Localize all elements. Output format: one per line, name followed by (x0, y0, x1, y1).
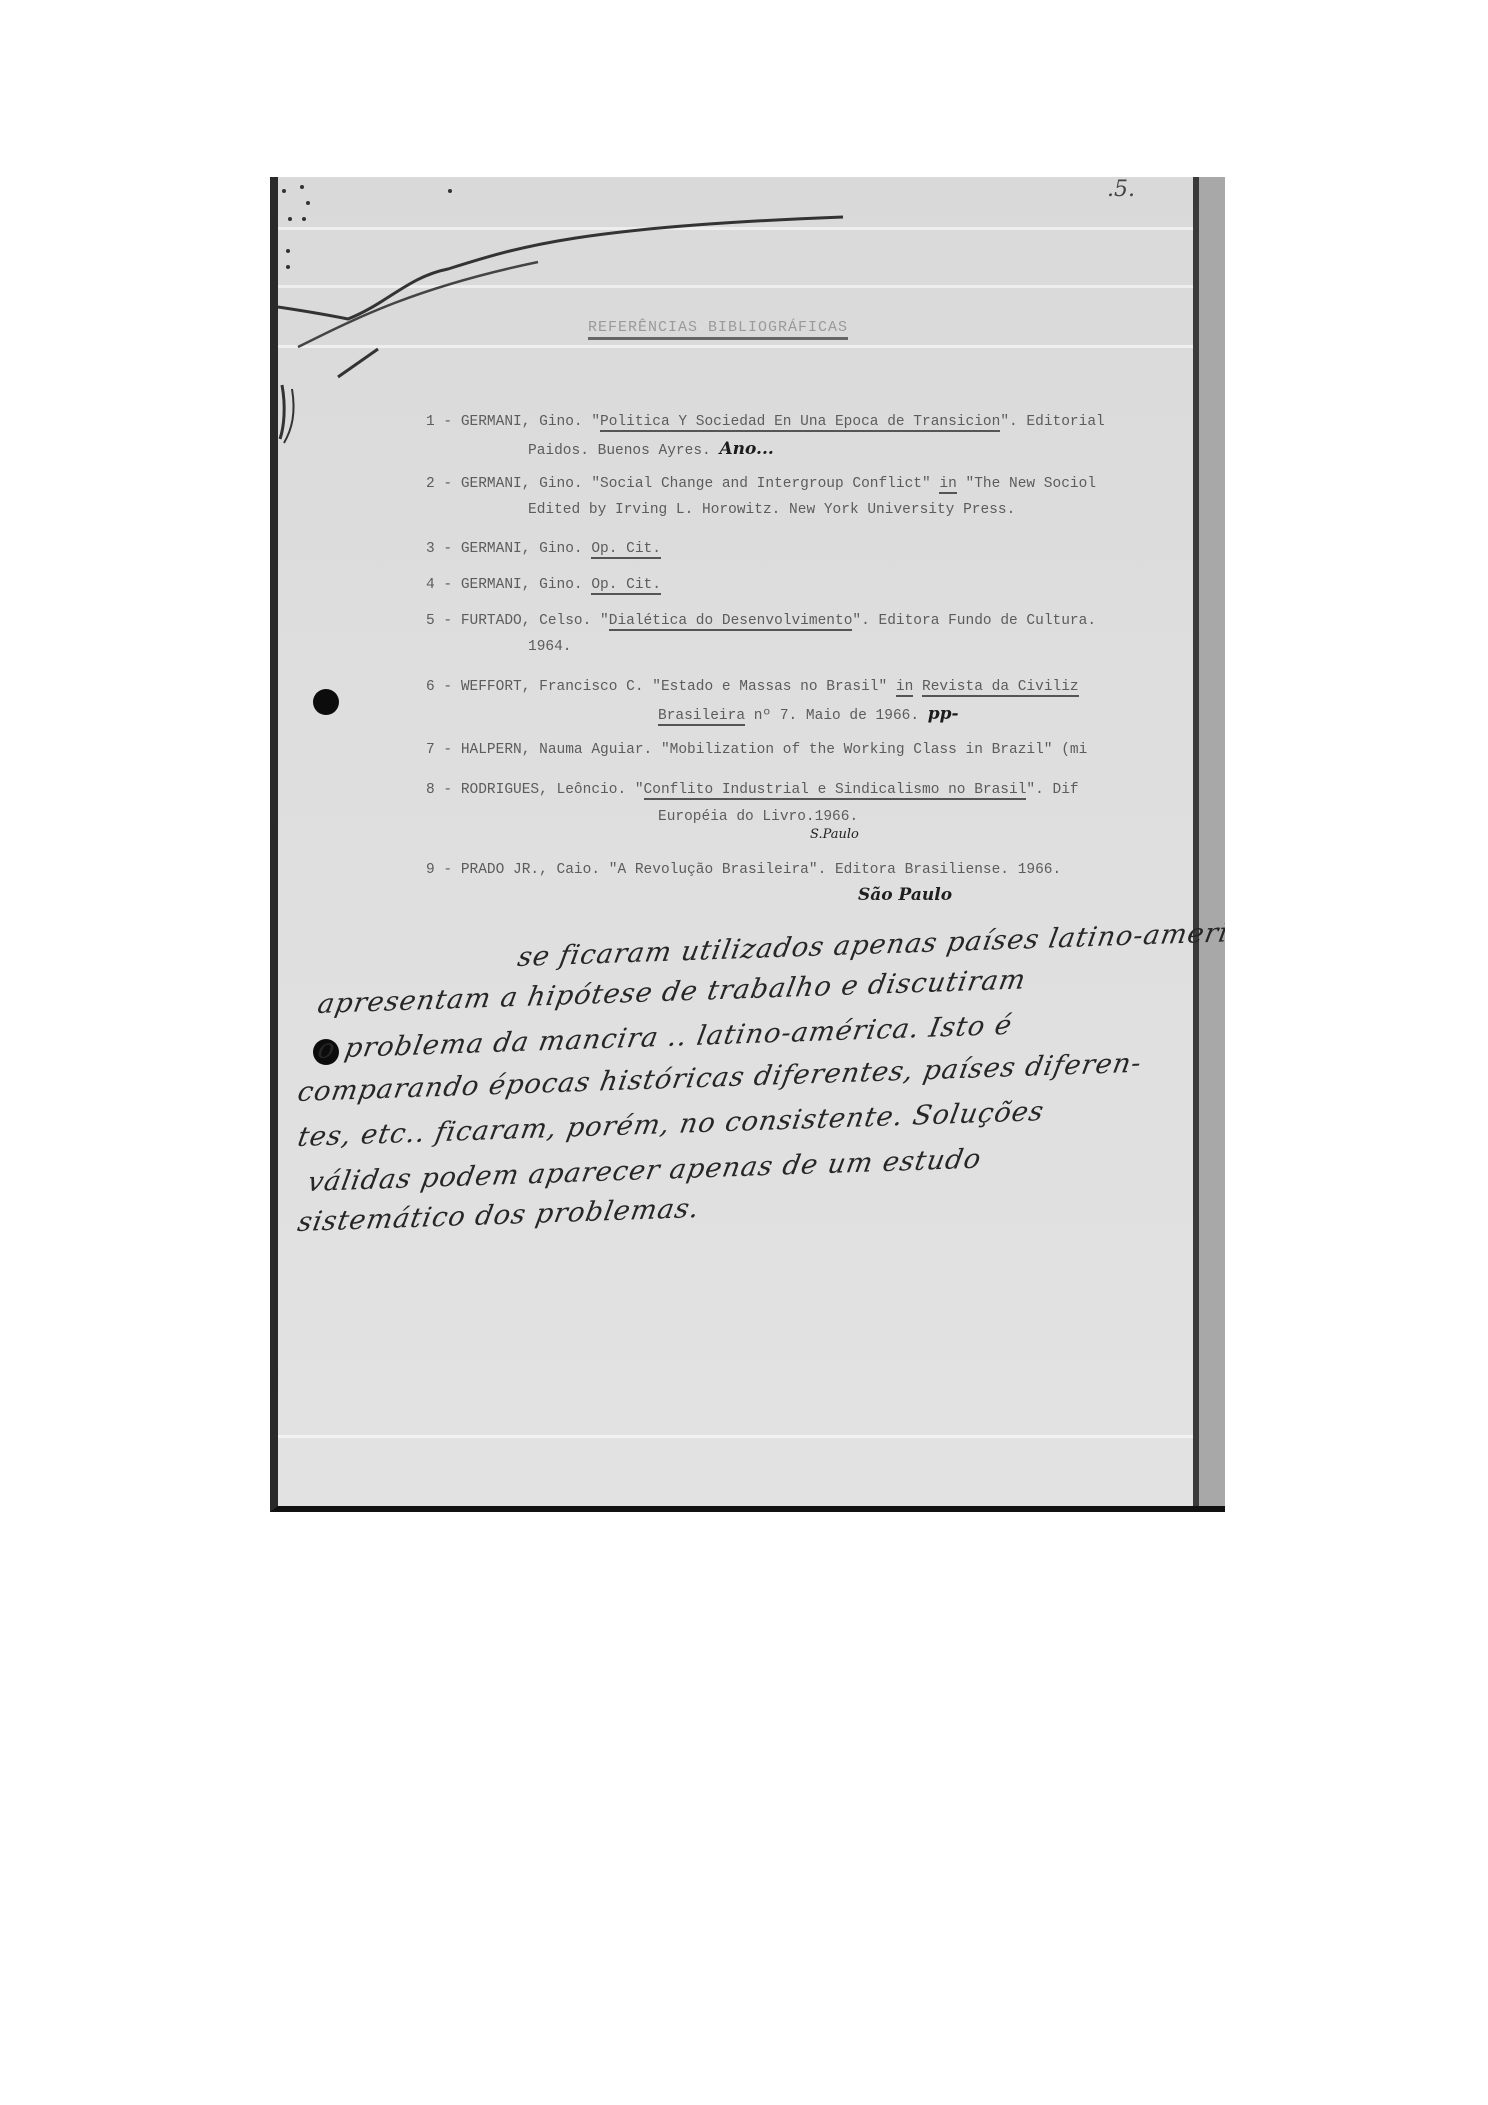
ref-text: Européia do Livro. (658, 809, 815, 825)
ref-title: Dialética do Desenvolvimento (609, 613, 853, 631)
reference-9: 9 - PRADO JR., Caio. "A Revolução Brasil… (426, 860, 1061, 880)
handwritten-line: se ficaram utilizados apenas países lati… (515, 914, 1225, 973)
ref-text: ". Editora Fundo de Cultura. (852, 613, 1096, 629)
reference-1: 1 - GERMANI, Gino. "Politica Y Sociedad … (426, 412, 1105, 432)
ref-number: 5 - (426, 613, 452, 629)
scan-artifact-line (278, 1435, 1225, 1438)
ref-number: 4 - (426, 577, 452, 593)
ref-text: Paidos. Buenos Ayres. (528, 443, 711, 459)
ref-text: GERMANI, Gino. (461, 541, 592, 557)
reference-2-continued: Edited by Irving L. Horowitz. New York U… (528, 500, 1015, 520)
handwritten-annotation: pp- (928, 704, 959, 724)
reference-1-continued: Paidos. Buenos Ayres. Ano... (528, 439, 774, 461)
ref-title: Op. Cit. (591, 577, 661, 595)
scanned-document-page: .5. REFERÊNCIAS BIBLIOGRÁFICAS 1 - GERMA… (270, 177, 1225, 1512)
ref-text: nº 7. Maio de 1966. (745, 708, 919, 724)
reference-6-continued: Brasileira nº 7. Maio de 1966. pp- (658, 704, 959, 726)
handwritten-line: sistemático dos problemas. (295, 1193, 702, 1238)
ref-number: 7 - (426, 742, 452, 758)
handwritten-line: apresentam a hipótese de trabalho e disc… (315, 964, 1028, 1020)
ref-text: GERMANI, Gino. (461, 577, 592, 593)
ref-title: Conflito Industrial e Sindicalismo no Br… (644, 782, 1027, 800)
handwritten-line: válidas podem aparecer apenas de um estu… (305, 1144, 984, 1198)
handwritten-annotation: São Paulo (858, 885, 952, 905)
ref-title: Revista da Civiliz (922, 679, 1079, 697)
ref-text: GERMANI, Gino. " (461, 414, 600, 430)
ref-in: in (896, 679, 913, 697)
ref-number: 8 - (426, 782, 452, 798)
reference-7: 7 - HALPERN, Nauma Aguiar. "Mobilization… (426, 740, 1087, 760)
ref-text: GERMANI, Gino. "Social Change and Interg… (461, 476, 940, 492)
reference-4: 4 - GERMANI, Gino. Op. Cit. (426, 575, 661, 595)
handwritten-annotation: Ano... (719, 439, 773, 459)
punch-hole (313, 689, 339, 715)
ref-in: in (939, 476, 956, 494)
reference-5-continued: 1964. (528, 637, 572, 657)
ref-text: ". Dif (1026, 782, 1078, 798)
ref-title: Politica Y Sociedad En Una Epoca de Tran… (600, 414, 1000, 432)
ref-number: 1 - (426, 414, 452, 430)
section-heading: REFERÊNCIAS BIBLIOGRÁFICAS (588, 319, 848, 340)
ref-number: 9 - (426, 862, 452, 878)
ref-year: 1966. (815, 809, 859, 825)
ref-text: PRADO JR., Caio. "A Revolução Brasileira… (461, 862, 1061, 878)
ref-number: 2 - (426, 476, 452, 492)
ref-number: 3 - (426, 541, 452, 557)
ref-text: "The New Sociol (957, 476, 1096, 492)
ref-text: RODRIGUES, Leôncio. " (461, 782, 644, 798)
handwritten-annotation: S.Paulo (810, 827, 859, 842)
ref-text: Edited by Irving L. Horowitz. New York U… (528, 502, 1015, 518)
ref-text: HALPERN, Nauma Aguiar. "Mobilization of … (461, 742, 1088, 758)
reference-5: 5 - FURTADO, Celso. "Dialética do Desenv… (426, 611, 1096, 631)
reference-8: 8 - RODRIGUES, Leôncio. "Conflito Indust… (426, 780, 1079, 800)
ref-title: Op. Cit. (591, 541, 661, 559)
reference-2: 2 - GERMANI, Gino. "Social Change and In… (426, 474, 1096, 494)
reference-6: 6 - WEFFORT, Francisco C. "Estado e Mass… (426, 677, 1079, 697)
ref-title: Brasileira (658, 708, 745, 726)
reference-8-continued: Européia do Livro.1966. (658, 807, 858, 827)
ref-text: ". Editorial (1000, 414, 1104, 430)
ref-number: 6 - (426, 679, 452, 695)
reference-3: 3 - GERMANI, Gino. Op. Cit. (426, 539, 661, 559)
ref-text: FURTADO, Celso. " (461, 613, 609, 629)
ref-text: WEFFORT, Francisco C. "Estado e Massas n… (461, 679, 896, 695)
ref-text: 1964. (528, 639, 572, 655)
